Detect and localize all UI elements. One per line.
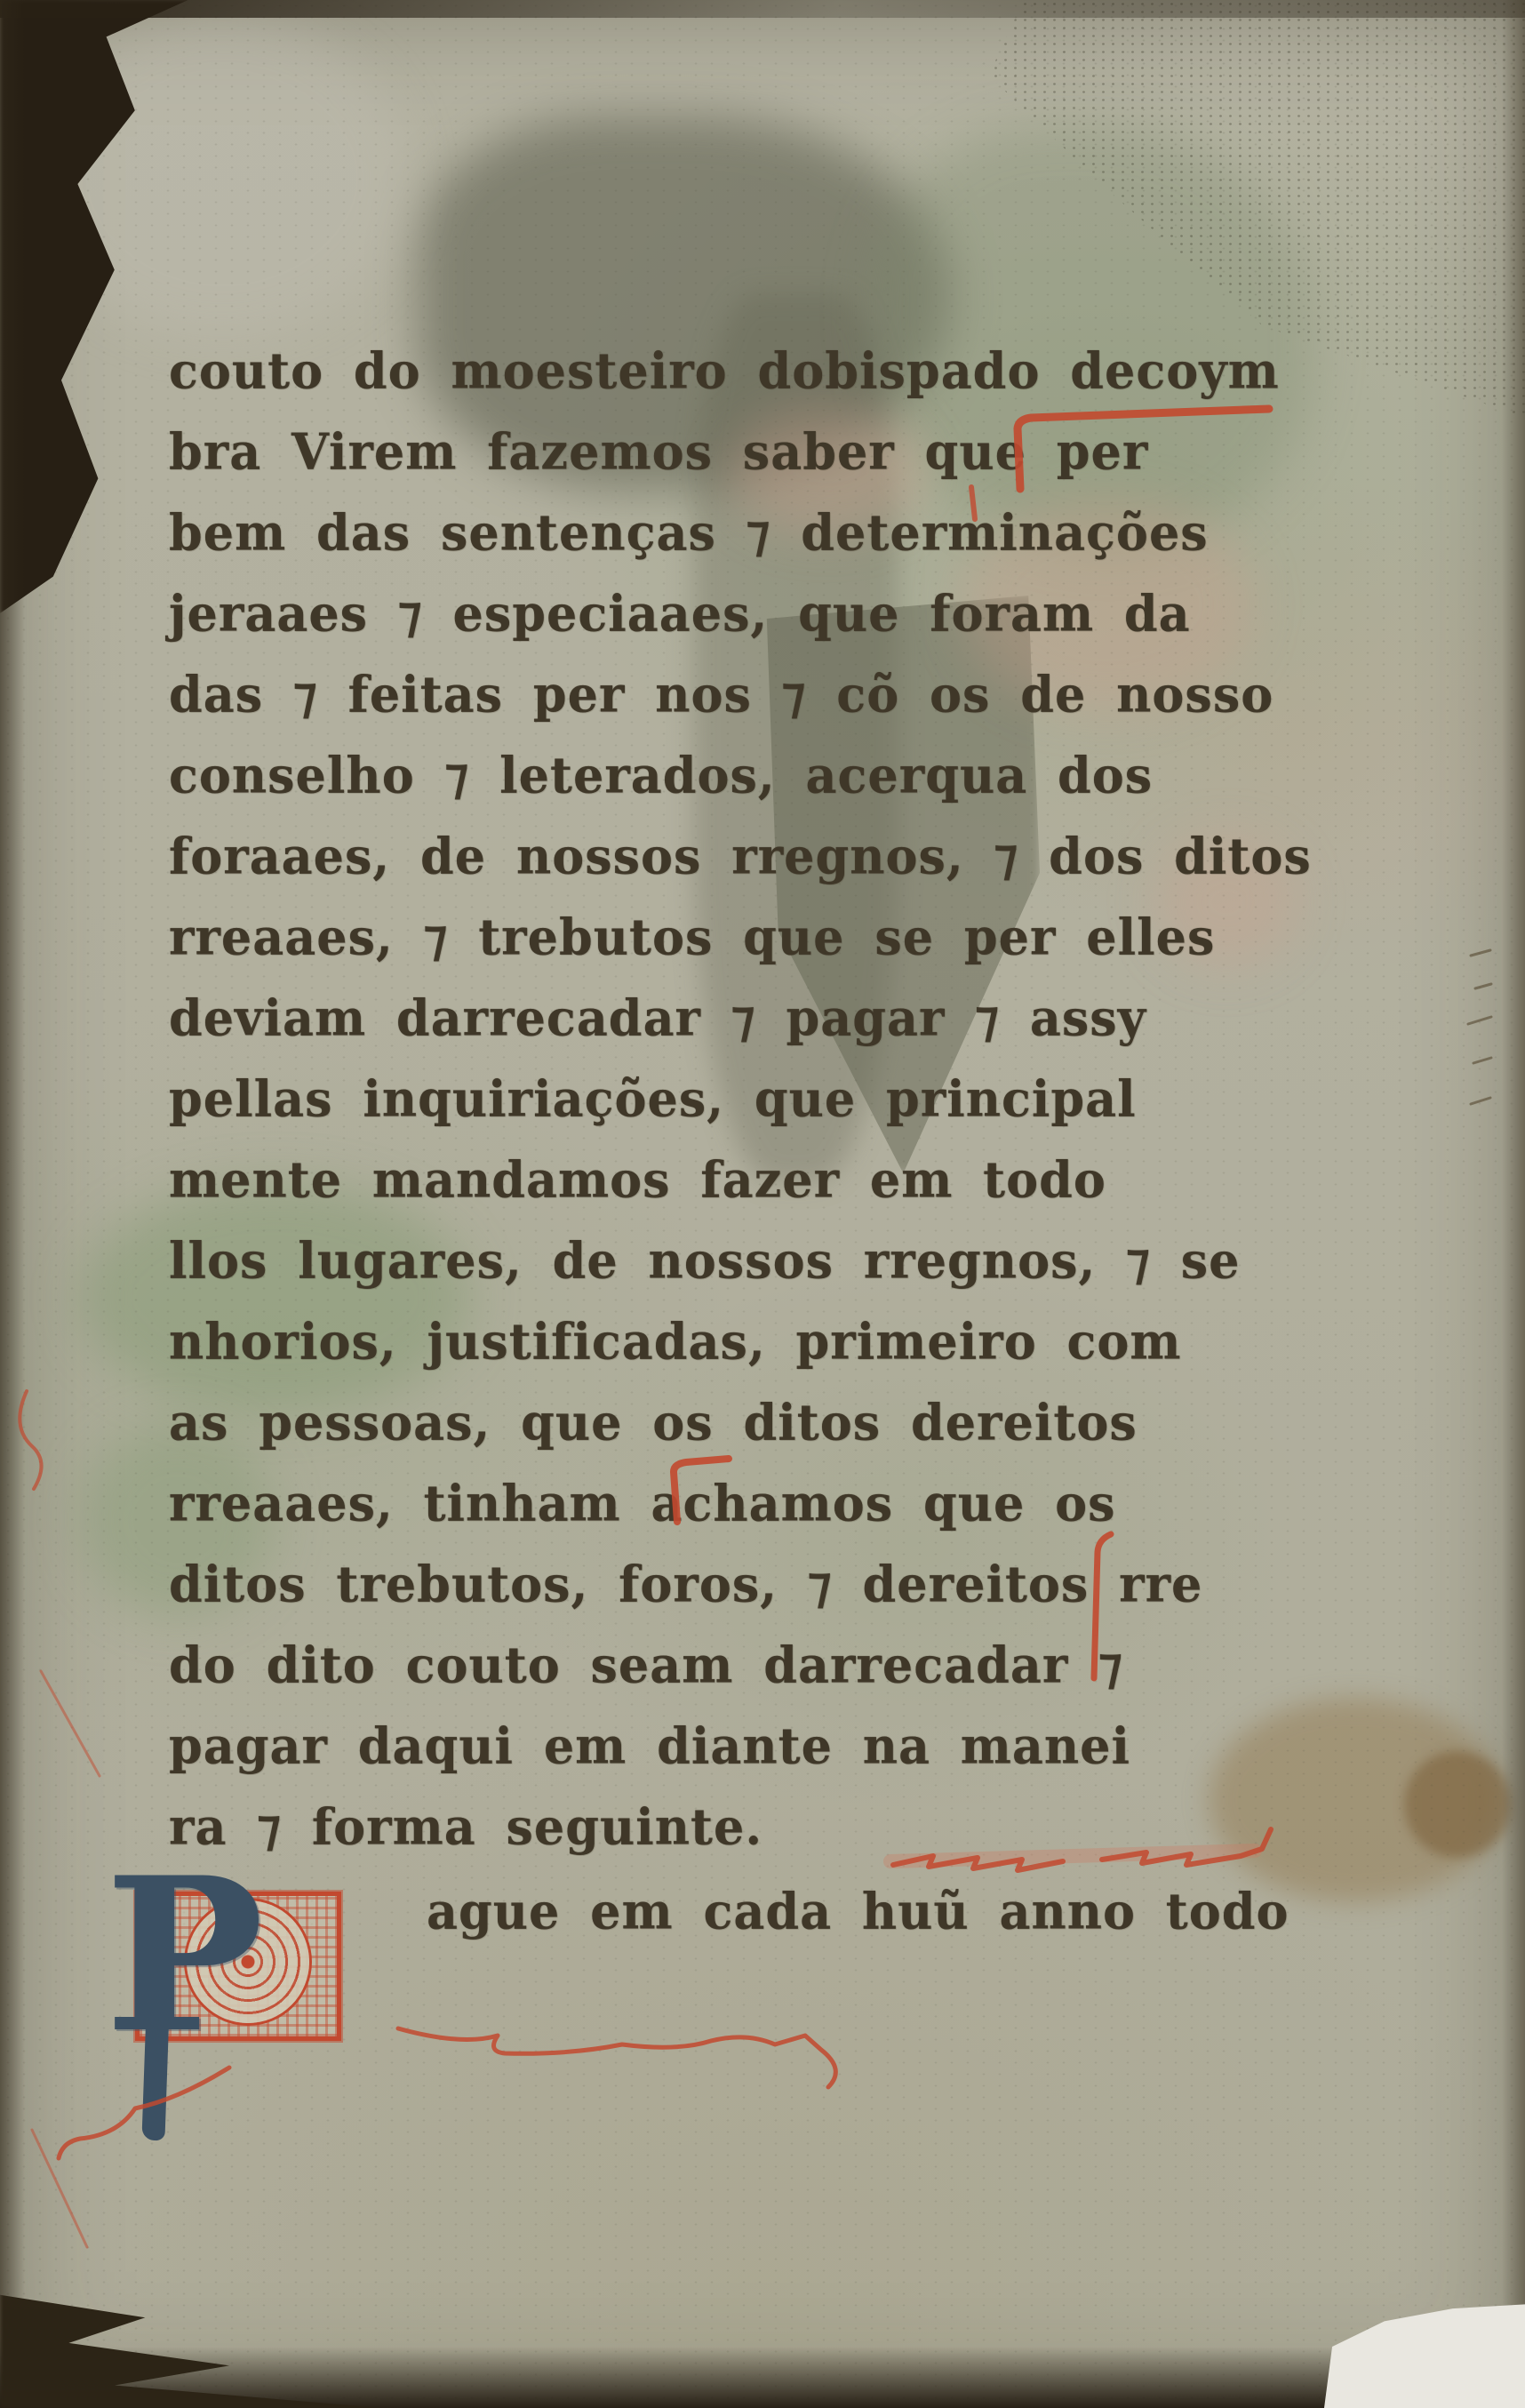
- paraph-tick-line-3: [971, 487, 975, 519]
- initial-flourish-left-down: [59, 2068, 229, 2158]
- initial-flourish-right: [398, 2028, 835, 2087]
- paraph-mark-line-2: [1018, 409, 1269, 489]
- margin-diagonal-left-2: [32, 2130, 87, 2247]
- margin-diagonal-left-1: [41, 1671, 100, 1776]
- margin-scribbles-right: [1468, 950, 1491, 1104]
- margin-squiggle-left: [20, 1391, 41, 1489]
- rubric-penwork-overlay: [0, 0, 1525, 2408]
- line-filler-wash: [890, 1851, 1255, 1861]
- vertical-stroke-line-16: [1094, 1534, 1111, 1678]
- paraph-mark-line-15: [674, 1459, 729, 1522]
- manuscript-page: couto do moesteiro dobispado decoym bra …: [0, 0, 1525, 2408]
